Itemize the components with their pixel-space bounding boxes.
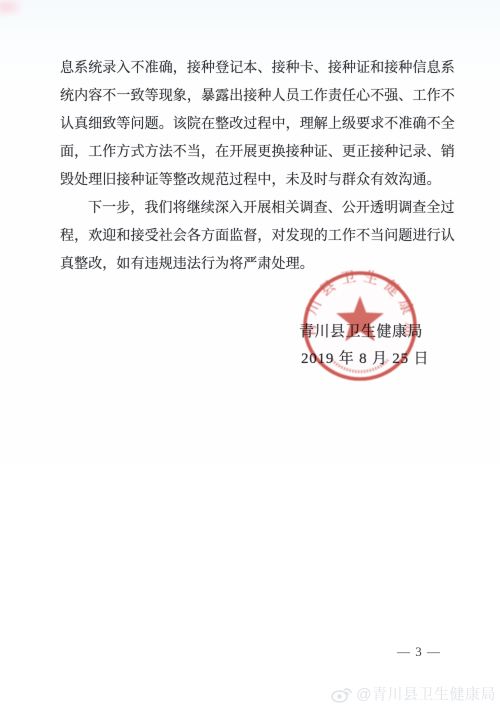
body-line: 认真细致等问题。该院在整改过程中，理解上级要求不准确不全: [60, 111, 454, 139]
body-line: 息系统录入不准确，接种登记本、接种卡、接种证和接种信息系: [60, 55, 454, 83]
official-seal-stamp-icon: 青川县卫生健康局: [292, 264, 432, 394]
body-line: 程，欢迎和接受社会各方面监督，对发现的工作不当问题进行认: [60, 223, 454, 251]
body-line: 面，工作方式方法不当，在开展更换接种证、更正接种记录、销: [60, 139, 454, 167]
weibo-icon: [331, 685, 353, 703]
scan-artifact-smudge: [0, 0, 22, 16]
body-line: 统内容不一致等现象，暴露出接种人员工作责任心不强、工作不: [60, 83, 454, 111]
body-line: 下一步，我们将继续深入开展相关调查、公开透明调查全过: [60, 195, 454, 223]
body-line: 毁处理旧接种证等整改规范过程中，未及时与群众有效沟通。: [60, 167, 454, 195]
document-body: 息系统录入不准确，接种登记本、接种卡、接种证和接种信息系 统内容不一致等现象，暴…: [60, 55, 454, 279]
page-number: — 3 —: [397, 644, 441, 660]
scanned-document-page: 息系统录入不准确，接种登记本、接种卡、接种证和接种信息系 统内容不一致等现象，暴…: [0, 0, 500, 707]
watermark-handle: @青川县卫生健康局: [356, 683, 496, 704]
watermark: @青川县卫生健康局: [331, 683, 496, 704]
